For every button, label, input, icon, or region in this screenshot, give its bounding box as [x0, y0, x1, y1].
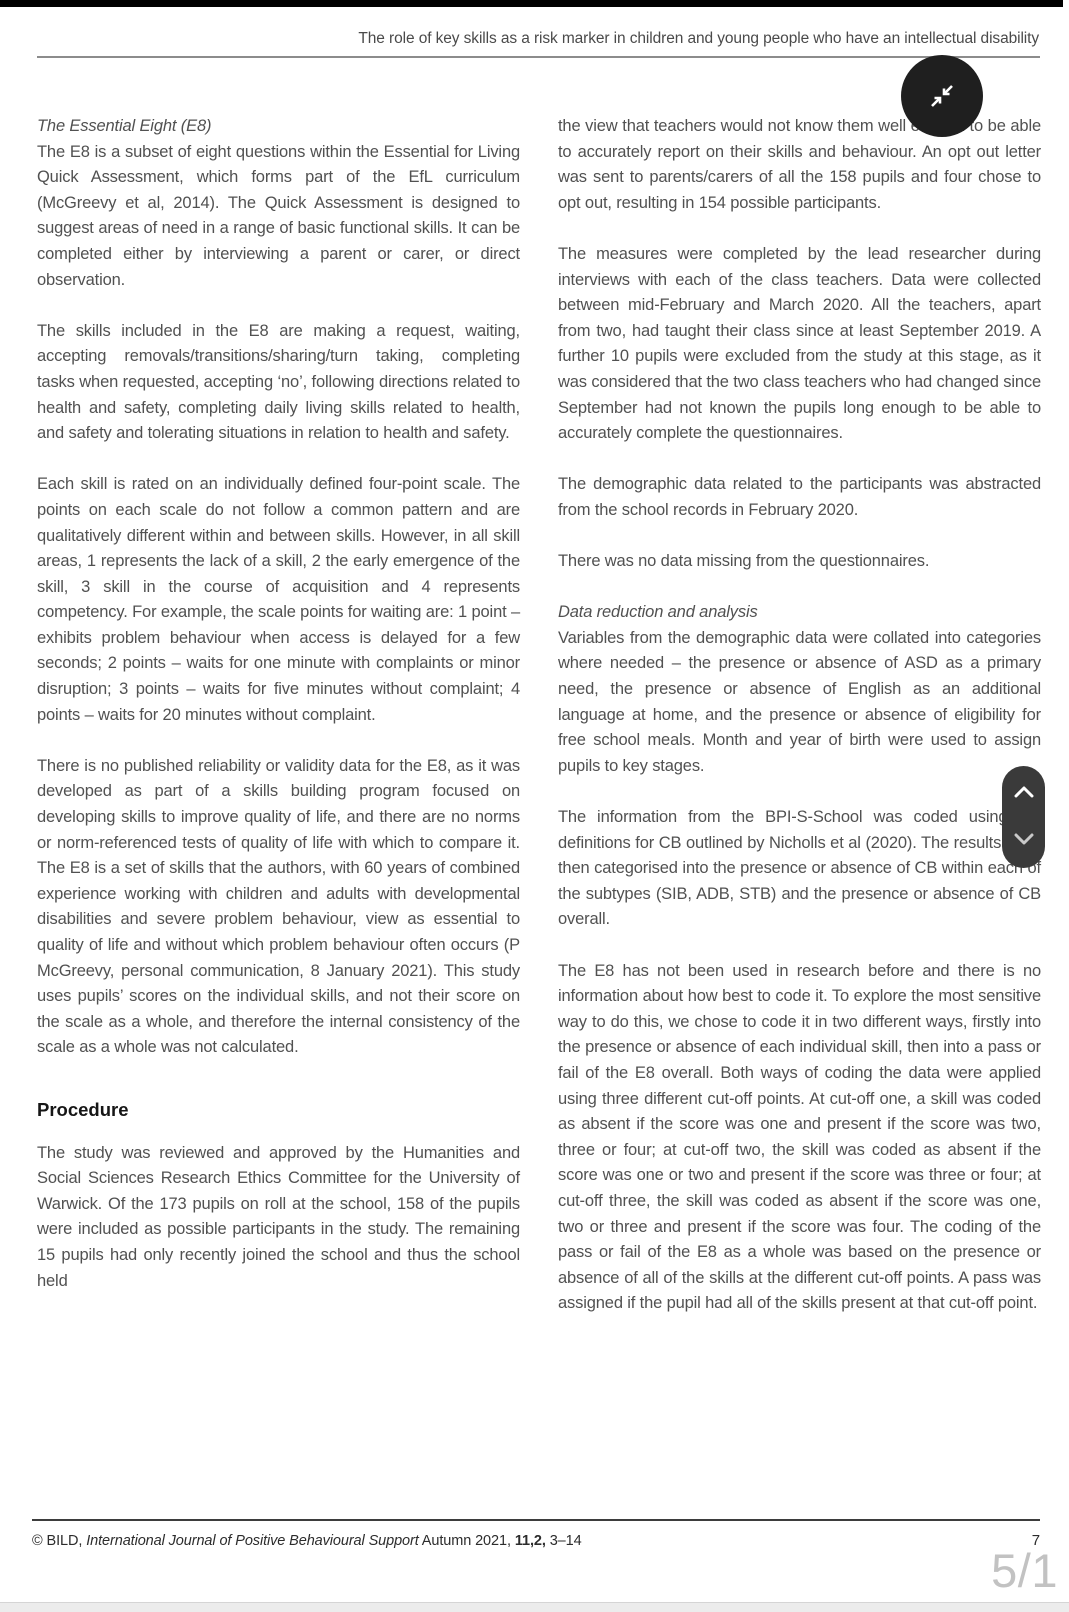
footer: © BILD, International Journal of Positiv… [32, 1532, 1040, 1549]
paragraph: Each skill is rated on an individually d… [37, 472, 520, 728]
paragraph: The demographic data related to the part… [558, 472, 1041, 523]
collapse-button[interactable] [901, 55, 983, 137]
running-header: The role of key skills as a risk marker … [37, 30, 1039, 48]
collapse-icon [924, 78, 960, 114]
paragraph: There is no published reliability or val… [37, 754, 520, 1061]
footer-divider [32, 1519, 1040, 1521]
document-page: The role of key skills as a risk marker … [0, 0, 1069, 1612]
scroll-down-button[interactable] [1002, 821, 1045, 861]
issue-season: Autumn 2021, [419, 1533, 515, 1549]
chevron-down-icon [1012, 830, 1036, 851]
footer-citation: © BILD, International Journal of Positiv… [32, 1533, 582, 1549]
journal-title: International Journal of Positive Behavi… [86, 1533, 418, 1549]
scroll-up-button[interactable] [1002, 773, 1045, 813]
article-body: The Essential Eight (E8) The E8 is a sub… [37, 114, 1041, 1343]
left-column: The Essential Eight (E8) The E8 is a sub… [37, 114, 520, 1343]
page-indicator: 5/1 [991, 1547, 1058, 1594]
copyright-text: © BILD, [32, 1533, 86, 1549]
window-edge-bar [0, 0, 1063, 7]
header-divider [37, 56, 1040, 58]
paragraph: Variables from the demographic data were… [558, 626, 1041, 780]
chevron-up-icon [1012, 783, 1036, 804]
paragraph: The skills included in the E8 are making… [37, 319, 520, 447]
paragraph: There was no data missing from the quest… [558, 549, 1041, 575]
section-heading-procedure: Procedure [37, 1097, 520, 1123]
scroll-pill [1002, 766, 1045, 868]
paragraph: the view that teachers would not know th… [558, 114, 1041, 216]
volume-issue: 11,2, [515, 1533, 546, 1549]
subsection-heading-data-reduction: Data reduction and analysis [558, 600, 1041, 626]
paragraph: The E8 is a subset of eight questions wi… [37, 140, 520, 294]
paragraph: The measures were completed by the lead … [558, 242, 1041, 447]
paragraph: The E8 has not been used in research bef… [558, 959, 1041, 1317]
paragraph: The study was reviewed and approved by t… [37, 1141, 520, 1295]
right-column: the view that teachers would not know th… [558, 114, 1041, 1343]
bottom-edge-strip [0, 1602, 1069, 1612]
paragraph: The information from the BPI-S-School wa… [558, 805, 1041, 933]
subsection-heading-e8: The Essential Eight (E8) [37, 114, 520, 140]
page-range: 3–14 [546, 1533, 582, 1549]
